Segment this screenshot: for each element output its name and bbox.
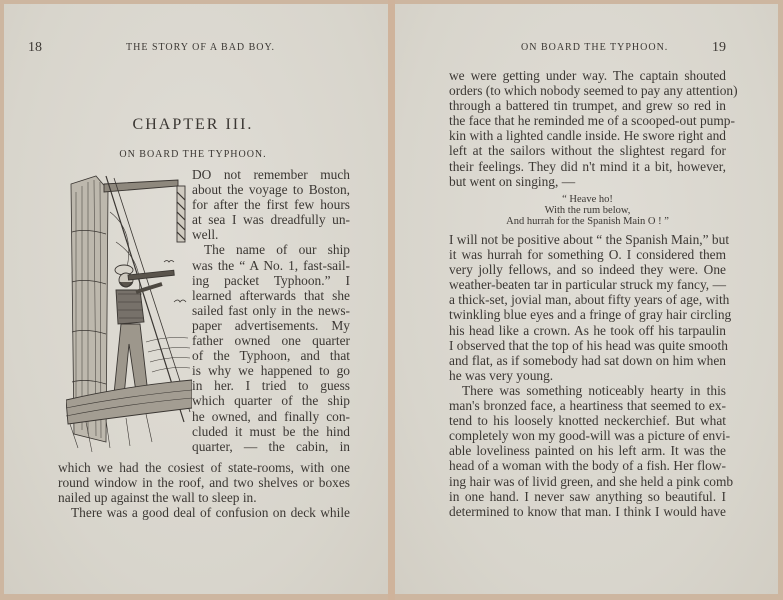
- text-line: we were getting under way. The captain s…: [449, 68, 726, 83]
- text-line: nailed up against the wall to sleep in.: [58, 490, 350, 505]
- text-line: ing packet Typhoon.” I: [192, 273, 350, 288]
- verse-line: “ Heave ho!: [449, 194, 726, 205]
- book-gutter: [388, 0, 395, 600]
- left-page: 18 THE STORY OF A BAD BOY. CHAPTER III. …: [4, 4, 388, 594]
- verse-line: With the rum below,: [449, 205, 726, 216]
- text-line: of the Typhoon, and that: [192, 348, 350, 363]
- text-line: he owned, and finally con-: [192, 409, 350, 424]
- text-line: twinkling blue eyes and a fringe of gray…: [449, 307, 726, 322]
- text-line: The name of our ship: [192, 242, 350, 257]
- text-line: the face that he reminded me of a scoope…: [449, 113, 726, 128]
- text-line: it was hurrah for something O. I conside…: [449, 247, 726, 262]
- text-line: in her. I tried to guess: [192, 378, 350, 393]
- text-line: very jolly fellows, and so indeed they w…: [449, 262, 726, 277]
- text-line: weather-beaten tar in particular struck …: [449, 277, 726, 292]
- text-line: which quarter of the ship: [192, 393, 350, 408]
- text-line: father owned one quarter: [192, 333, 350, 348]
- text-before-verse: we were getting under way. The captain s…: [449, 68, 726, 189]
- text-line: and flat, as if somebody had sat down on…: [449, 353, 726, 368]
- text-line: DO not remember much: [192, 167, 350, 182]
- text-line: for after the first few hours: [192, 197, 350, 212]
- text-line: ing hair was of livid green, and she hel…: [449, 474, 726, 489]
- text-line: man's bronzed face, a heartiness that se…: [449, 398, 726, 413]
- text-line: their feelings. They did n't mind it a b…: [449, 159, 726, 174]
- text-line: well.: [192, 227, 350, 242]
- page-number: 18: [28, 40, 42, 56]
- running-head: THE STORY OF A BAD BOY.: [126, 42, 275, 53]
- text-line: he was very young.: [449, 368, 726, 383]
- chapter-subtitle: ON BOARD THE TYPHOON.: [1, 149, 385, 160]
- text-line: left at the sailors without the slightes…: [449, 143, 726, 158]
- text-line: completely won my good-will was a pictur…: [449, 428, 726, 443]
- text-after-verse: I will not be positive about “ the Spani…: [449, 232, 726, 519]
- text-line: tend to his loosely knotted neckerchief.…: [449, 413, 726, 428]
- text-line: in one hand. I never saw anything so bea…: [449, 489, 726, 504]
- text-line: through a battered tin trumpet, and grew…: [449, 98, 726, 113]
- chapter-title: CHAPTER III.: [1, 116, 385, 134]
- text-line: round window in the roof, and two shelve…: [58, 475, 350, 490]
- text-line: which we had the cosiest of state-rooms,…: [58, 460, 350, 475]
- full-width-text: which we had the cosiest of state-rooms,…: [58, 460, 350, 520]
- verse-line: And hurrah for the Spanish Main O ! ”: [449, 216, 726, 227]
- text-line: head of a woman with the body of a fish.…: [449, 458, 726, 473]
- text-line: at sea I was dreadfully un-: [192, 212, 350, 227]
- text-line: sailed fast only in the news-: [192, 303, 350, 318]
- text-line: cluded it must be the hind: [192, 424, 350, 439]
- text-line: quarter, — the cabin, in: [192, 439, 350, 454]
- text-line: his head like a crown. As he took off hi…: [449, 323, 726, 338]
- text-line: I will not be positive about “ the Spani…: [449, 232, 726, 247]
- text-line: There was a good deal of confusion on de…: [58, 505, 350, 520]
- page-number: 19: [712, 40, 726, 56]
- song-verse: “ Heave ho! With the rum below, And hurr…: [449, 194, 726, 227]
- sailor-telescope-illustration-icon: [66, 172, 192, 454]
- text-line: paper advertisements. My: [192, 318, 350, 333]
- right-page: ON BOARD THE TYPHOON. 19 we were getting…: [395, 4, 778, 594]
- text-line: able loveliness painted on his left arm.…: [449, 443, 726, 458]
- text-line: kin with a lighted candle inside. He swo…: [449, 128, 726, 143]
- text-line: There was something noticeably hearty in…: [449, 383, 726, 398]
- text-line: but went on singing, —: [449, 174, 726, 189]
- text-line: orders (to which nobody seemed to pay an…: [449, 83, 726, 98]
- text-line: learned afterwards that she: [192, 288, 350, 303]
- text-line: about the voyage to Boston,: [192, 182, 350, 197]
- text-line: I observed that the top of his head was …: [449, 338, 726, 353]
- text-line: a thick-set, jovial man, about fifty yea…: [449, 292, 726, 307]
- wrapped-text-column: DO not remember much about the voyage to…: [192, 167, 350, 454]
- text-line: was the “ A No. 1, fast-sail-: [192, 258, 350, 273]
- text-line: is why we happened to go: [192, 363, 350, 378]
- text-line: determined to know that man. I think I w…: [449, 504, 726, 519]
- running-head: ON BOARD THE TYPHOON.: [521, 42, 668, 53]
